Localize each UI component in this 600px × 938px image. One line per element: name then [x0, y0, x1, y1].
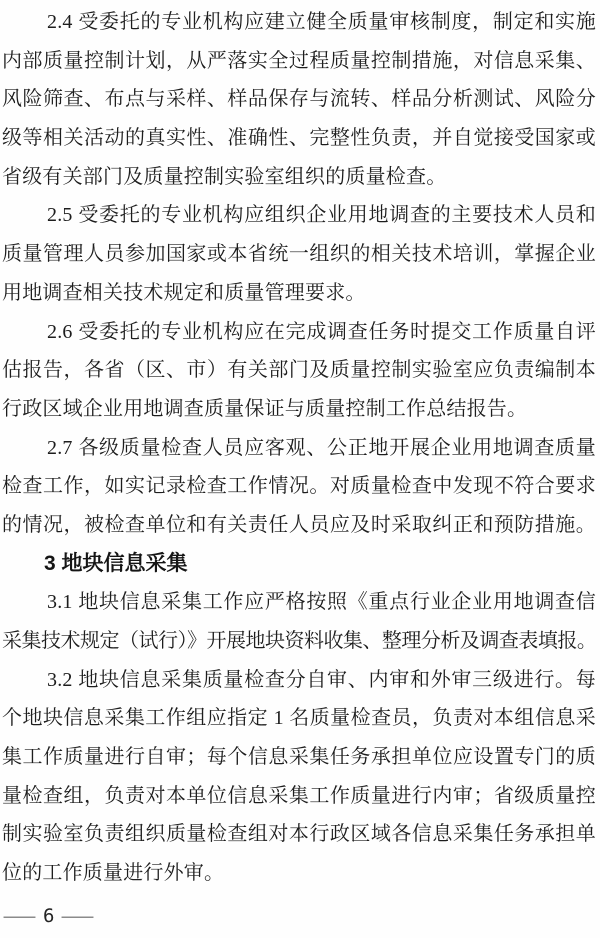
body-line-2-7-2: 检查工作，如实记录检查工作情况。对质量检查中发现不符合要求 [2, 467, 596, 506]
document-page: 2.4 受委托的专业机构应建立健全质量审核制度，制定和实施 内部质量控制计划，从… [0, 0, 600, 938]
body-line-2-4-1: 2.4 受委托的专业机构应建立健全质量审核制度，制定和实施 [2, 3, 596, 42]
body-line-3-2-3: 集工作质量进行自审；每个信息采集任务承担单位应设置专门的质 [2, 738, 596, 777]
body-line-3-2-4: 量检查组，负责对本单位信息采集工作质量进行内审；省级质量控 [2, 777, 596, 816]
body-line-2-5-3: 用地调查相关技术规定和质量管理要求。 [2, 274, 596, 313]
body-line-2-4-5: 省级有关部门及质量控制实验室组织的质量检查。 [2, 158, 596, 197]
body-line-3-2-6: 位的工作质量进行外审。 [2, 854, 596, 893]
section-3-heading: 3 地块信息采集 [2, 545, 596, 584]
body-line-2-6-1: 2.6 受委托的专业机构应在完成调查任务时提交工作质量自评 [2, 313, 596, 352]
body-line-3-2-5: 制实验室负责组织质量检查组对本行政区域各信息采集任务承担单 [2, 815, 596, 854]
body-line-2-6-2: 估报告，各省（区、市）有关部门及质量控制实验室应负责编制本 [2, 351, 596, 390]
body-line-3-1-2: 采集技术规定（试行）》开展地块资料收集、整理分析及调查表填报。 [2, 622, 596, 661]
body-line-2-6-3: 行政区域企业用地调查质量保证与质量控制工作总结报告。 [2, 390, 596, 429]
body-line-2-7-3: 的情况，被检查单位和有关责任人员应及时采取纠正和预防措施。 [2, 506, 596, 545]
page-footer: — 6 — [9, 903, 88, 928]
body-line-2-7-1: 2.7 各级质量检查人员应客观、公正地开展企业用地调查质量 [2, 429, 596, 468]
body-line-2-4-3: 风险筛查、布点与采样、样品保存与流转、样品分析测试、风险分 [2, 80, 596, 119]
document-text-block: 2.4 受委托的专业机构应建立健全质量审核制度，制定和实施 内部质量控制计划，从… [2, 3, 596, 893]
body-line-3-2-2: 个地块信息采集工作组应指定 1 名质量检查员，负责对本组信息采 [2, 699, 596, 738]
footer-left-dash: — [4, 903, 36, 928]
body-line-3-1-1: 3.1 地块信息采集工作应严格按照《重点行业企业用地调查信息 [2, 583, 596, 622]
body-line-2-5-2: 质量管理人员参加国家或本省统一组织的相关技术培训，掌握企业 [2, 235, 596, 274]
page-number: 6 [43, 905, 54, 927]
body-line-2-5-1: 2.5 受委托的专业机构应组织企业用地调查的主要技术人员和 [2, 196, 596, 235]
body-line-2-4-4: 级等相关活动的真实性、准确性、完整性负责，并自觉接受国家或 [2, 119, 596, 158]
body-line-2-4-2: 内部质量控制计划，从严落实全过程质量控制措施，对信息采集、 [2, 42, 596, 81]
body-line-3-2-1: 3.2 地块信息采集质量检查分自审、内审和外审三级进行。每 [2, 661, 596, 700]
footer-right-dash: — [62, 903, 94, 928]
